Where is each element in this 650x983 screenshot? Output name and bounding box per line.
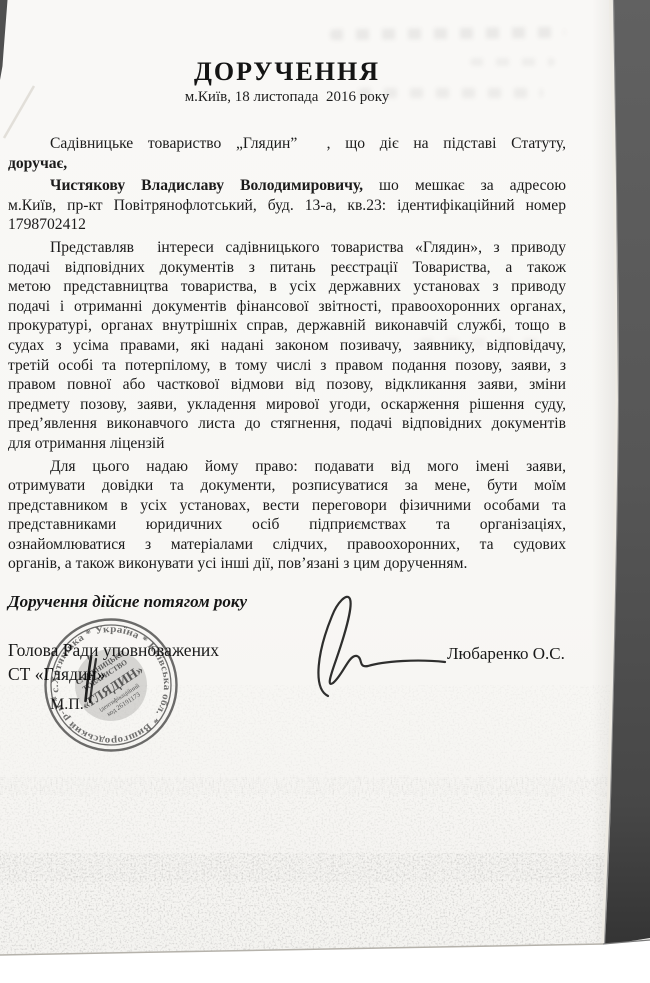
text-segment: шо мешкає за адресою bbox=[363, 177, 566, 194]
text-line: 1798702412 bbox=[8, 215, 566, 235]
document-title: ДОРУЧЕННЯ bbox=[8, 58, 566, 86]
document-text-column: ДОРУЧЕННЯ м.Київ, 18 листопада 2016 року… bbox=[8, 58, 566, 612]
text-line: подачі відповідних документів з питань р… bbox=[8, 258, 566, 278]
text-segment: 1798702412 bbox=[8, 216, 86, 233]
text-line: правом повної або часткової відмови від … bbox=[8, 375, 566, 395]
text-line: ознайомлюватися з матеріалами слідчих, п… bbox=[8, 535, 566, 555]
text-line: Для цього надаю йому право: подавати від… bbox=[8, 457, 566, 477]
text-line: третій особі та потерпілому, в тому числ… bbox=[8, 356, 566, 376]
text-line: Чистякову Владиславу Володимировичу, шо … bbox=[8, 176, 566, 196]
text-segment: пред’явлення виконавчого листа до стягне… bbox=[8, 415, 566, 432]
text-line: м.Київ, пр-кт Повітрянофлотський, буд. 1… bbox=[8, 196, 566, 216]
text-segment: органів, а також виконувати усі інші дії… bbox=[8, 555, 467, 572]
paragraph: Представляв інтереси садівницького товар… bbox=[8, 238, 566, 454]
text-line: прокуратурі, органах внутрішніх справ, д… bbox=[8, 316, 566, 336]
text-segment: правом повної або часткової відмови від … bbox=[8, 376, 566, 393]
scanned-document-screenshot: { "document": { "title": "ДОРУЧЕННЯ", "d… bbox=[0, 0, 650, 983]
signer-name: Любаренко О.С. bbox=[447, 644, 565, 664]
text-line: доручає, bbox=[8, 154, 566, 174]
text-line: представником в усіх установах, вести пе… bbox=[8, 496, 566, 516]
text-segment: Представляв інтереси садівницького товар… bbox=[50, 239, 566, 256]
text-segment: метою представництва товариства, в усіх … bbox=[8, 278, 566, 295]
text-line: судах з усіма правами, які надані законо… bbox=[8, 336, 566, 356]
bold-text-segment: доручає, bbox=[8, 155, 67, 172]
text-line: для отримання ліцензій bbox=[8, 434, 566, 454]
paragraph: Чистякову Владиславу Володимировичу, шо … bbox=[8, 176, 566, 235]
bold-text-segment: Чистякову Владиславу Володимировичу, bbox=[50, 177, 363, 194]
text-line: метою представництва товариства, в усіх … bbox=[8, 277, 566, 297]
text-segment: представником в усіх установах, вести пе… bbox=[8, 497, 566, 514]
text-line: пред’явлення виконавчого листа до стягне… bbox=[8, 414, 566, 434]
text-segment: прокуратурі, органах внутрішніх справ, д… bbox=[8, 317, 566, 334]
text-segment: отримувати довідки та документи, розпису… bbox=[8, 477, 566, 494]
text-segment: предмету позову, заяви, укладення мирово… bbox=[8, 396, 566, 413]
text-line: Представляв інтереси садівницького товар… bbox=[8, 238, 566, 258]
text-line: предмету позову, заяви, укладення мирово… bbox=[8, 395, 566, 415]
text-line: органів, а також виконувати усі інші дії… bbox=[8, 554, 566, 574]
bleed-through-smudge bbox=[330, 27, 565, 40]
text-segment: представниками юридичних осіб підприємст… bbox=[8, 516, 566, 533]
paragraph: Для цього надаю йому право: подавати від… bbox=[8, 457, 566, 575]
paragraph: Садівницьке товариство „Глядин” , що діє… bbox=[8, 134, 566, 173]
text-segment: третій особі та потерпілому, в тому числ… bbox=[8, 357, 566, 374]
text-segment: Садівницьке товариство „Глядин” , що діє… bbox=[50, 135, 566, 152]
handwritten-signature bbox=[298, 588, 463, 703]
scanned-document-page: ДОРУЧЕННЯ м.Київ, 18 листопада 2016 року… bbox=[0, 0, 650, 983]
text-segment: подачі і отриманні документів фінансової… bbox=[8, 298, 566, 315]
text-line: Садівницьке товариство „Глядин” , що діє… bbox=[8, 134, 566, 154]
text-segment: Для цього надаю йому право: подавати від… bbox=[50, 458, 566, 475]
document-body: Садівницьке товариство „Глядин” , що діє… bbox=[8, 134, 566, 574]
text-segment: для отримання ліцензій bbox=[8, 435, 165, 452]
company-seal-stamp: с.Хотянівка * Україна * Київська обл. * … bbox=[40, 614, 182, 756]
text-segment: ознайомлюватися з матеріалами слідчих, п… bbox=[8, 536, 566, 553]
text-segment: подачі відповідних документів з питань р… bbox=[8, 259, 566, 276]
text-segment: м.Київ, пр-кт Повітрянофлотський, буд. 1… bbox=[8, 197, 566, 214]
text-segment: судах з усіма правами, які надані законо… bbox=[8, 337, 566, 354]
text-line: подачі і отриманні документів фінансової… bbox=[8, 297, 566, 317]
text-line: представниками юридичних осіб підприємст… bbox=[8, 515, 566, 535]
validity-note: Доручення дійсне потягом року bbox=[8, 592, 566, 612]
text-line: отримувати довідки та документи, розпису… bbox=[8, 476, 566, 496]
document-dateline: м.Київ, 18 листопада 2016 року bbox=[8, 88, 566, 106]
